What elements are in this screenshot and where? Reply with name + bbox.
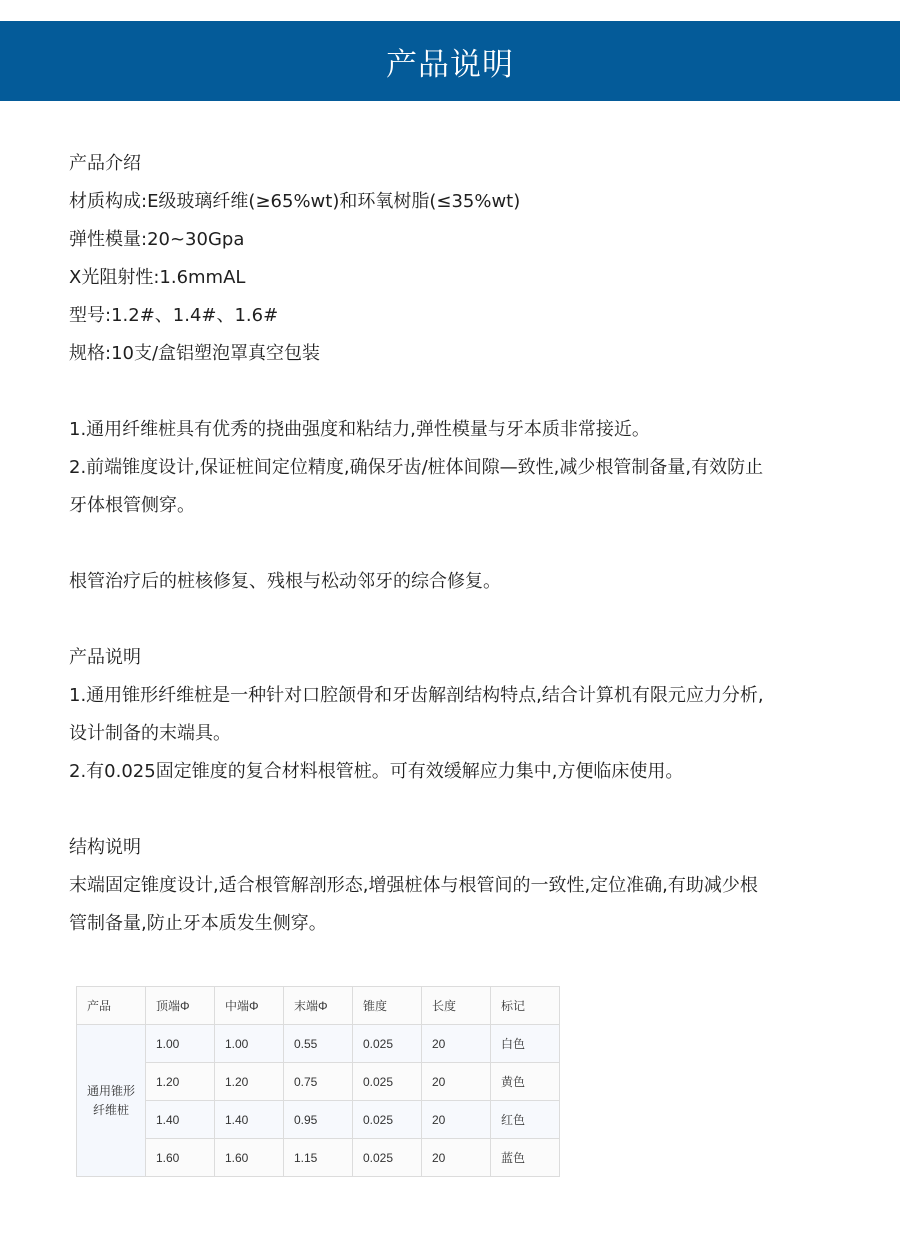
cell-taper: 0.025 [353, 1025, 422, 1063]
structure-heading: 结构说明 [69, 829, 849, 867]
features-section: 1.通用纤维桩具有优秀的挠曲强度和粘结力,弹性模量与牙本质非常接近。 2.前端锥… [69, 411, 849, 525]
spacer [69, 373, 849, 411]
cell-marker: 黄色 [491, 1063, 560, 1101]
table-row: 1.20 1.20 0.75 0.025 20 黄色 [77, 1063, 560, 1101]
cell-taper: 0.025 [353, 1139, 422, 1177]
elastic-modulus-line: 弹性模量:20~30Gpa [69, 221, 849, 259]
structure-line: 末端固定锥度设计,适合根管解剖形态,增强桩体与根管间的一致性,定位准确,有助减少… [69, 867, 849, 905]
feature-line: 牙体根管侧穿。 [69, 487, 849, 525]
description-line: 1.通用锥形纤维桩是一种针对口腔颌骨和牙齿解剖结构特点,结合计算机有限元应力分析… [69, 677, 849, 715]
table-row: 1.40 1.40 0.95 0.025 20 红色 [77, 1101, 560, 1139]
intro-heading: 产品介绍 [69, 145, 849, 183]
cell-marker: 蓝色 [491, 1139, 560, 1177]
cell-top-diameter: 1.00 [146, 1025, 215, 1063]
material-line: 材质构成:E级玻璃纤维(≥65%wt)和环氧树脂(≤35%wt) [69, 183, 849, 221]
product-name-line: 纤维桩 [93, 1103, 129, 1117]
table-header-row: 产品 顶端Φ 中端Φ 末端Φ 锥度 长度 标记 [77, 987, 560, 1025]
cell-top-diameter: 1.60 [146, 1139, 215, 1177]
cell-end-diameter: 1.15 [284, 1139, 353, 1177]
cell-middle-diameter: 1.40 [215, 1101, 284, 1139]
description-line: 设计制备的末端具。 [69, 715, 849, 753]
header-product: 产品 [77, 987, 146, 1025]
product-name-line: 通用锥形 [87, 1084, 135, 1098]
cell-marker: 红色 [491, 1101, 560, 1139]
product-name-cell: 通用锥形 纤维桩 [77, 1025, 146, 1177]
cell-top-diameter: 1.20 [146, 1063, 215, 1101]
cell-middle-diameter: 1.20 [215, 1063, 284, 1101]
cell-end-diameter: 0.55 [284, 1025, 353, 1063]
cell-length: 20 [422, 1025, 491, 1063]
spec-table: 产品 顶端Φ 中端Φ 末端Φ 锥度 长度 标记 通用锥形 纤维桩 1.00 1.… [76, 986, 560, 1177]
feature-line: 1.通用纤维桩具有优秀的挠曲强度和粘结力,弹性模量与牙本质非常接近。 [69, 411, 849, 449]
structure-line: 管制备量,防止牙本质发生侧穿。 [69, 905, 849, 943]
description-line: 2.有0.025固定锥度的复合材料根管桩。可有效缓解应力集中,方便临床使用。 [69, 753, 849, 791]
table-row: 1.60 1.60 1.15 0.025 20 蓝色 [77, 1139, 560, 1177]
cell-end-diameter: 0.75 [284, 1063, 353, 1101]
product-description-content: 产品介绍 材质构成:E级玻璃纤维(≥65%wt)和环氧树脂(≤35%wt) 弹性… [69, 145, 849, 943]
description-section: 产品说明 1.通用锥形纤维桩是一种针对口腔颌骨和牙齿解剖结构特点,结合计算机有限… [69, 639, 849, 791]
table-row: 通用锥形 纤维桩 1.00 1.00 0.55 0.025 20 白色 [77, 1025, 560, 1063]
header-top-diameter: 顶端Φ [146, 987, 215, 1025]
title-banner: 产品说明 [0, 21, 900, 101]
intro-section: 产品介绍 材质构成:E级玻璃纤维(≥65%wt)和环氧树脂(≤35%wt) 弹性… [69, 145, 849, 373]
header-length: 长度 [422, 987, 491, 1025]
spacer [69, 791, 849, 829]
model-line: 型号:1.2#、1.4#、1.6# [69, 297, 849, 335]
spacer [69, 601, 849, 639]
header-taper: 锥度 [353, 987, 422, 1025]
cell-top-diameter: 1.40 [146, 1101, 215, 1139]
cell-end-diameter: 0.95 [284, 1101, 353, 1139]
structure-section: 结构说明 末端固定锥度设计,适合根管解剖形态,增强桩体与根管间的一致性,定位准确… [69, 829, 849, 943]
spacer [69, 525, 849, 563]
cell-length: 20 [422, 1139, 491, 1177]
header-end-diameter: 末端Φ [284, 987, 353, 1025]
description-heading: 产品说明 [69, 639, 849, 677]
cell-taper: 0.025 [353, 1101, 422, 1139]
cell-marker: 白色 [491, 1025, 560, 1063]
application-section: 根管治疗后的桩核修复、残根与松动邻牙的综合修复。 [69, 563, 849, 601]
cell-length: 20 [422, 1063, 491, 1101]
spec-line: 规格:10支/盒铝塑泡罩真空包装 [69, 335, 849, 373]
cell-taper: 0.025 [353, 1063, 422, 1101]
feature-line: 2.前端锥度设计,保证桩间定位精度,确保牙齿/桩体间隙—致性,减少根管制备量,有… [69, 449, 849, 487]
cell-middle-diameter: 1.00 [215, 1025, 284, 1063]
application-line: 根管治疗后的桩核修复、残根与松动邻牙的综合修复。 [69, 563, 849, 601]
header-middle-diameter: 中端Φ [215, 987, 284, 1025]
cell-middle-diameter: 1.60 [215, 1139, 284, 1177]
radiopacity-line: X光阻射性:1.6mmAL [69, 259, 849, 297]
page-title: 产品说明 [386, 39, 514, 84]
header-marker: 标记 [491, 987, 560, 1025]
cell-length: 20 [422, 1101, 491, 1139]
